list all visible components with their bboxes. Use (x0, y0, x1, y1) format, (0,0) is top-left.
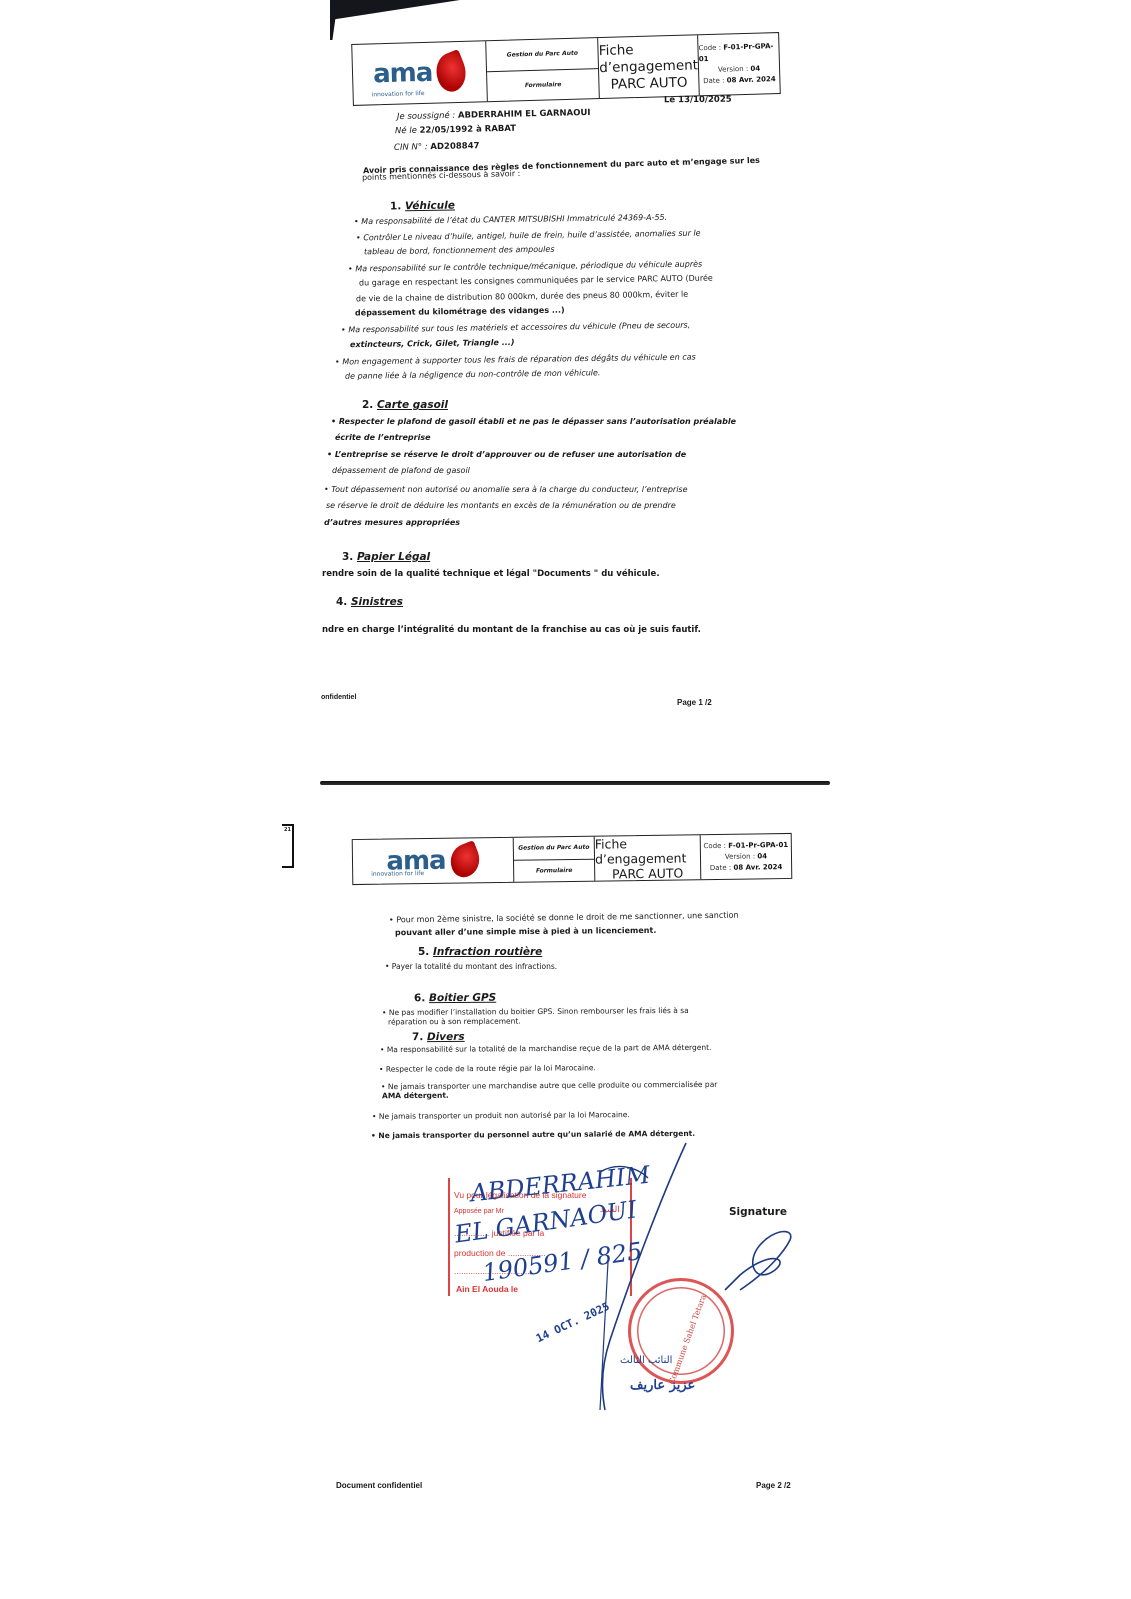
identity-cin: CIN N° : AD208847 (394, 139, 480, 156)
version-label: Version : (725, 852, 755, 860)
page-separator (320, 781, 830, 785)
page1-footer-page: Page 1 /2 (677, 698, 712, 707)
header-department-cell: Gestion du Parc Auto Formulaire (514, 837, 596, 882)
version-value: 04 (757, 852, 767, 860)
version-value: 04 (750, 65, 760, 73)
date-label: Date : (703, 77, 725, 86)
code-value: F-01-Pr-GPA-01 (728, 840, 788, 849)
department-label: Gestion du Parc Auto (514, 837, 594, 861)
page2-footer-left: Document confidentiel (336, 1481, 422, 1490)
date-value: 08 Avr. 2024 (733, 863, 782, 872)
version-label: Version : (718, 65, 749, 74)
section-line: • Ne jamais transporter du personnel aut… (371, 1126, 695, 1143)
logo-tagline: innovation for life (371, 870, 424, 878)
page2-footer-page: Page 2 /2 (756, 1481, 791, 1490)
section-line: dépassement de plafond de gasoil (332, 463, 470, 478)
official-title-arabic: النائب الثالث (620, 1355, 672, 1366)
section-heading: Papier Légal (357, 551, 430, 563)
section-line: extincteurs, Crick, Gilet, Triangle ...) (350, 335, 515, 352)
birth-value: 22/05/1992 à RABAT (419, 124, 516, 136)
title-line2: PARC AUTO (612, 865, 683, 881)
flame-logo-icon (430, 49, 472, 95)
logo-tagline: innovation for life (372, 90, 425, 98)
company-logo: ama innovation for life (352, 41, 488, 105)
section-number: 6. (414, 992, 425, 1004)
section-line: • L’entreprise se réserve le droit d’app… (327, 447, 686, 462)
section-line: • Respecter le code de la route régie pa… (379, 1060, 596, 1077)
section-line: écrite de l’entreprise (335, 430, 431, 445)
section-number: 5. (418, 946, 429, 958)
doc-type-label: Formulaire (514, 859, 594, 882)
title-line2: PARC AUTO (610, 74, 687, 93)
page-fold-shadow (330, 0, 460, 20)
code-label: Code : (703, 841, 726, 849)
page1-footer-left: onfidentiel (321, 694, 356, 701)
section-number: 1. (390, 200, 401, 212)
section-line: dépassement du kilométrage des vidanges … (355, 303, 565, 321)
code-label: Code : (698, 44, 721, 53)
margin-mark: 21 (284, 827, 291, 833)
document-meta: Code : F-01-Pr-GPA-01 Version : 04 Date … (701, 834, 792, 879)
header-department-cell: Gestion du Parc Auto Formulaire (486, 38, 600, 101)
flame-logo-icon (445, 840, 484, 881)
company-logo: ama innovation for life (353, 838, 515, 884)
section-number: 2. (362, 399, 373, 411)
intro-line2: points mentionnés ci-dessous à savoir : (362, 166, 521, 185)
section-heading: Sinistres (351, 596, 403, 608)
section-line: de panne liée à la négligence du non-con… (345, 365, 601, 384)
section-line: • Ma responsabilité sur tous les matérie… (341, 318, 690, 338)
document-title: Fiche d’engagement PARC AUTO (598, 35, 699, 98)
section-line: • Tout dépassement non autorisé ou anoma… (324, 482, 688, 497)
document-date: Le 13/10/2025 (664, 93, 732, 109)
department-label: Gestion du Parc Auto (486, 38, 598, 72)
section-title: 5. Infraction routière (418, 946, 542, 958)
logo-text: ama (373, 58, 433, 90)
section-line: se réserve le droit de déduire les monta… (326, 498, 676, 513)
section-heading: Véhicule (405, 200, 455, 213)
section-heading: Infraction routière (433, 946, 542, 958)
section-line: • Respecter le plafond de gasoil établi … (331, 414, 736, 429)
page2-header: ama innovation for life Gestion du Parc … (352, 833, 793, 885)
title-line1: Fiche d’engagement (595, 835, 700, 866)
section-line: rendre soin de la qualité technique et l… (322, 567, 660, 582)
signature-label: Signature (729, 1206, 787, 1218)
official-name-arabic: عزيز عاريف (630, 1378, 695, 1393)
date-stamp: 14 OCT. 2025 (534, 1300, 612, 1345)
section-line: tableau de bord, fonctionnement des ampo… (364, 242, 555, 260)
identity-birth: Né le 22/05/1992 à RABAT (395, 122, 516, 140)
section-title: 6. Boitier GPS (414, 992, 496, 1005)
section-heading: Carte gasoil (377, 399, 448, 411)
section-line: ndre en charge l’intégralité du montant … (322, 623, 701, 638)
section-line: réparation ou à son remplacement. (388, 1014, 521, 1030)
document-meta: Code : F-01-Pr-GPA-01 Version : 04 Date … (698, 33, 780, 95)
date-label: Date : (710, 863, 731, 871)
section-title: 3. Papier Légal (342, 551, 430, 563)
section-number: 3. (342, 551, 353, 563)
cin-value: AD208847 (430, 141, 479, 152)
doc-type-label: Formulaire (487, 69, 599, 102)
section-line: AMA détergent. (382, 1088, 449, 1103)
section-title: 1. Véhicule (390, 200, 455, 213)
date-value: 08 Avr. 2024 (727, 75, 776, 84)
section-line: • Ma responsabilité sur la totalité de l… (380, 1040, 712, 1057)
section-line: d’autres mesures appropriées (324, 515, 460, 530)
page-fold-shadow-edge (330, 0, 338, 40)
document-title: Fiche d’engagement PARC AUTO (595, 835, 702, 880)
section-line: • Payer la totalité du montant des infra… (385, 959, 557, 974)
title-line1: Fiche d’engagement (599, 40, 699, 77)
employee-name: ABDERRAHIM EL GARNAOUI (458, 108, 591, 121)
section-line: • Ne jamais transporter un produit non a… (372, 1107, 630, 1124)
sinistre-continued-line2: pouvant aller d’une simple mise à pied à… (395, 923, 656, 940)
section-heading: Boitier GPS (429, 992, 496, 1004)
section-title: 4. Sinistres (336, 596, 403, 608)
section-title: 2. Carte gasoil (362, 399, 448, 411)
section-number: 4. (336, 596, 347, 608)
